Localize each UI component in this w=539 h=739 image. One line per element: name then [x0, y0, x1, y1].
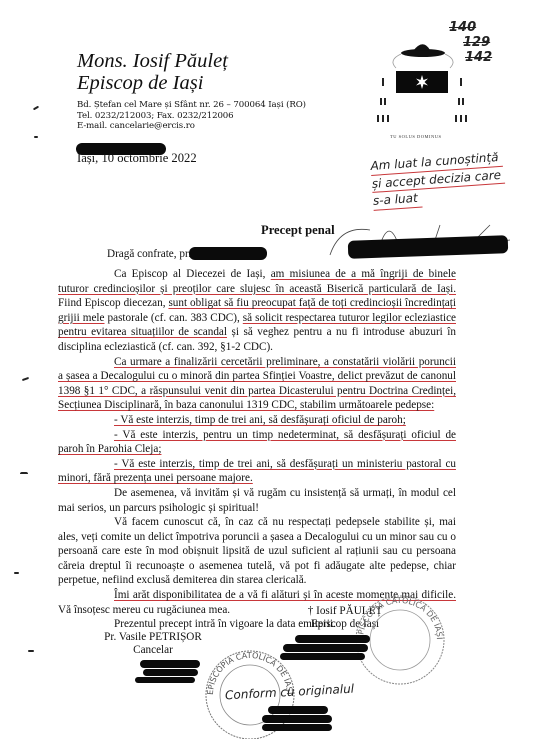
margin-mark [22, 377, 29, 381]
phone-fax: Tel. 0232/212003; Fax. 0232/212006 [77, 111, 306, 122]
margin-mark [33, 106, 39, 111]
handwritten-number: 140 [449, 20, 492, 35]
margin-mark [28, 650, 34, 652]
redacted-signature [262, 715, 332, 723]
address: Bd. Ștefan cel Mare și Sfânt nr. 26 – 70… [77, 100, 306, 111]
margin-mark [20, 472, 28, 474]
letterhead-contact: Bd. Ștefan cel Mare și Sfânt nr. 26 – 70… [77, 100, 306, 132]
handwritten-numbers: 140 129 142 [455, 20, 492, 65]
coat-of-arms-motto: TU SOLUS DOMINUS [390, 134, 442, 139]
redacted-signature [143, 669, 198, 676]
email: E-mail. cancelarie@ercis.ro [77, 121, 306, 132]
penalty-item: - Vă este interzis, timp de trei ani, să… [58, 413, 456, 428]
letter-body: Ca Episcop al Diecezei de Iași, am misiu… [58, 267, 456, 632]
handwritten-acknowledgement: Am luat la cunoștință și accept decizia … [370, 149, 507, 211]
paragraph-warning: Vă facem cunoscut că, în caz că nu respe… [58, 515, 456, 588]
bishop-name: Mons. Iosif Păuleț [77, 50, 228, 72]
handwritten-line: s-a luat [372, 190, 422, 211]
paragraph-mission: Ca Episcop al Diecezei de Iași, am misiu… [58, 267, 456, 355]
chancellor-signature-block: Pr. Vasile PETRIȘOR Cancelar [88, 631, 218, 657]
underlined-text: Ca urmare a finalizării cercetării preli… [58, 356, 456, 412]
salutation: Dragă confrate, pr. [107, 248, 191, 260]
svg-text:EPISCOPIA CATOLICĂ DE IAȘI: EPISCOPIA CATOLICĂ DE IAȘI [356, 596, 444, 640]
bishop-title: Episcop de Iași [77, 72, 228, 94]
penalty-item: - Vă este interzis, pentru un timp nedet… [58, 428, 456, 457]
document-title: Precept penal [261, 223, 335, 238]
chancellor-name: Pr. Vasile PETRIȘOR [88, 631, 218, 644]
redacted-signature [283, 644, 368, 652]
margin-mark [14, 572, 19, 574]
paragraph-findings: Ca urmare a finalizării cercetării preli… [58, 355, 456, 413]
salutation-text: Dragă confrate, pr. [107, 248, 191, 260]
letterhead-name: Mons. Iosif Păuleț Episcop de Iași [77, 50, 228, 94]
margin-mark [34, 136, 38, 138]
redacted-signature [295, 635, 370, 643]
redacted-signature [262, 724, 332, 731]
date-line: Iași, 10 octombrie 2022 [77, 151, 197, 166]
redacted-signature [140, 660, 200, 668]
redacted-signature [268, 706, 328, 714]
redacted-name [189, 247, 267, 260]
redacted-signature [280, 653, 365, 660]
penalty-item: - Vă este interzis, timp de trei ani, să… [58, 457, 456, 486]
handwritten-number: 129 [463, 35, 492, 50]
paragraph-invitation: De asemenea, vă invităm și vă rugăm cu i… [58, 486, 456, 515]
handwritten-number: 142 [465, 50, 492, 65]
chancellor-title: Cancelar [88, 644, 218, 657]
redacted-signature [135, 677, 195, 683]
